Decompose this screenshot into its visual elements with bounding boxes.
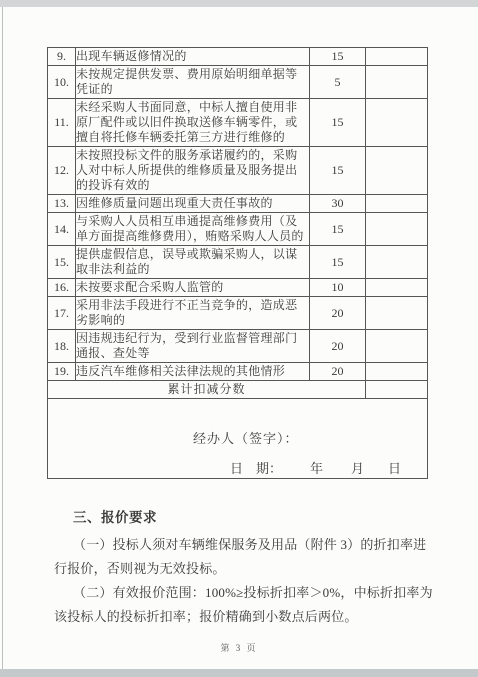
total-row: 累计扣减分数 [48,381,428,399]
scan-edge-top [0,0,478,7]
row-number: 17. [48,297,76,330]
row-score: 15 [310,246,366,279]
scanned-document-page: 9. 出现车辆返修情况的 15 10. 未按规定提供发票、费用原始明细单据等凭证… [0,0,478,677]
row-blank-cell [366,279,428,297]
deduction-table-body: 9. 出现车辆返修情况的 15 10. 未按规定提供发票、费用原始明细单据等凭证… [48,48,428,479]
row-description: 采用非法手段进行不正当竞争的，造成恶劣影响的 [76,297,310,330]
row-number: 15. [48,246,76,279]
deduction-points-table: 9. 出现车辆返修情况的 15 10. 未按规定提供发票、费用原始明细单据等凭证… [47,47,428,479]
row-blank-cell [366,297,428,330]
row-number: 9. [48,48,76,66]
row-score: 15 [310,213,366,246]
date-label: 日 期： [230,461,282,476]
signature-row: 经办人（签字）： 日 期： 年 月 日 [48,399,428,479]
row-blank-cell [366,66,428,99]
row-blank-cell [366,99,428,147]
row-blank-cell [366,147,428,195]
row-score: 20 [310,363,366,381]
row-score: 15 [310,147,366,195]
row-score: 5 [310,66,366,99]
scan-edge-bottom [0,669,478,677]
scan-edge-left [2,7,3,669]
row-score: 20 [310,297,366,330]
row-description: 违反汽车维修相关法律法规的其他情形 [76,363,310,381]
row-blank-cell [366,363,428,381]
row-blank-cell [366,330,428,363]
table-row: 9. 出现车辆返修情况的 15 [48,48,428,66]
table-row: 18. 因违规违纪行为，受到行业监督管理部门通报、查处等 20 [48,330,428,363]
row-score: 30 [310,195,366,213]
table-row: 16. 未按要求配合采购人监管的 10 [48,279,428,297]
row-description: 因违规违纪行为，受到行业监督管理部门通报、查处等 [76,330,310,363]
row-score: 15 [310,48,366,66]
signature-label: 经办人（签字）： [193,431,299,446]
row-number: 16. [48,279,76,297]
row-number: 10. [48,66,76,99]
table-row: 19. 违反汽车维修相关法律法规的其他情形 20 [48,363,428,381]
row-score: 10 [310,279,366,297]
row-description: 与采购人人员相互串通提高维修费用（及单方面提高维修费用），贿赂采购人人员的 [76,213,310,246]
row-number: 12. [48,147,76,195]
row-description: 因维修质量问题出现重大责任事故的 [76,195,310,213]
row-number: 14. [48,213,76,246]
total-blank-cell [366,381,428,399]
quotation-requirements-section: 三、报价要求 （一）投标人须对车辆维保服务及用品（附件 3）的折扣率进行报价，否… [54,506,436,629]
row-description: 未按照投标文件的服务承诺履约的，采购人对中标人所提供的维修质量及服务提出的投诉有… [76,147,310,195]
section-paragraph-1: （一）投标人须对车辆维保服务及用品（附件 3）的折扣率进行报价，否则视为无效投标… [54,533,436,581]
section-heading: 三、报价要求 [54,506,436,530]
row-blank-cell [366,195,428,213]
row-description: 未经采购人书面同意，中标人擅自使用非原厂配件或以旧件换取送修车辆零件，或擅自将托… [76,99,310,147]
table-row: 13. 因维修质量问题出现重大责任事故的 30 [48,195,428,213]
table-row: 17. 采用非法手段进行不正当竞争的，造成恶劣影响的 20 [48,297,428,330]
table-row: 14. 与采购人人员相互串通提高维修费用（及单方面提高维修费用），贿赂采购人人员… [48,213,428,246]
row-blank-cell [366,48,428,66]
table-row: 15. 提供虚假信息，误导或欺骗采购人，以谋取非法利益的 15 [48,246,428,279]
row-blank-cell [366,213,428,246]
row-description: 提供虚假信息，误导或欺骗采购人，以谋取非法利益的 [76,246,310,279]
row-description: 未按规定提供发票、费用原始明细单据等凭证的 [76,66,310,99]
row-score: 20 [310,330,366,363]
row-number: 18. [48,330,76,363]
table-row: 11. 未经采购人书面同意，中标人擅自使用非原厂配件或以旧件换取送修车辆零件，或… [48,99,428,147]
row-description: 出现车辆返修情况的 [76,48,310,66]
signature-cell: 经办人（签字）： 日 期： 年 月 日 [48,399,428,479]
total-label: 累计扣减分数 [48,381,366,399]
row-number: 13. [48,195,76,213]
table-row: 10. 未按规定提供发票、费用原始明细单据等凭证的 5 [48,66,428,99]
date-day-label: 日 [388,461,401,476]
date-year-label: 年 [310,461,323,476]
row-description: 未按要求配合采购人监管的 [76,279,310,297]
row-blank-cell [366,246,428,279]
row-score: 15 [310,99,366,147]
section-paragraph-2: （二）有效报价范围：100%≥投标折扣率＞0%，中标折扣率为该投标人的投标折扣率… [54,581,436,629]
page-number: 第 3 页 [0,641,478,654]
row-number: 19. [48,363,76,381]
row-number: 11. [48,99,76,147]
date-month-label: 月 [351,461,364,476]
table-row: 12. 未按照投标文件的服务承诺履约的，采购人对中标人所提供的维修质量及服务提出… [48,147,428,195]
